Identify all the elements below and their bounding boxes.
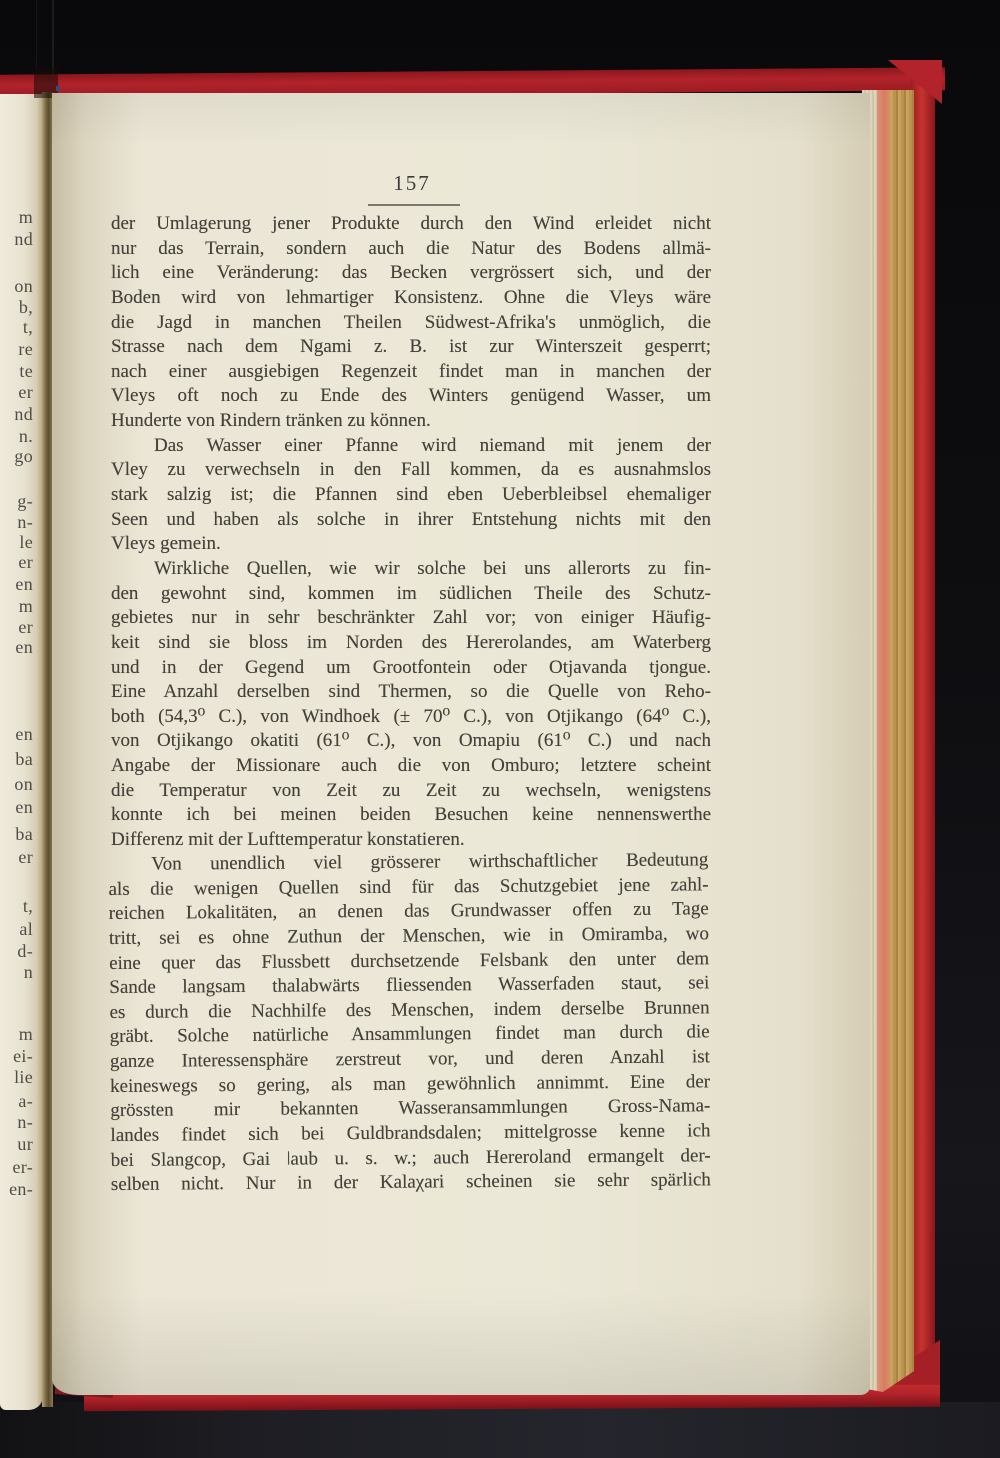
text-line: den gewohnt sind, kommen im südlichen Th… (111, 582, 711, 607)
facing-page-text-fragment: on (14, 774, 33, 794)
facing-page-text-fragment: n- (17, 512, 33, 532)
text-line: Von unendlich viel grösserer wirthschaft… (108, 848, 708, 877)
text-line: both (54,3⁰ C.), von Windhoek (± 70⁰ C.)… (111, 705, 711, 730)
facing-page-text-fragment: er (18, 552, 33, 572)
facing-page-text-fragment: t, (23, 896, 33, 916)
facing-page-text-fragment: er- (12, 1157, 33, 1177)
facing-page-text-fragment: er (18, 382, 33, 402)
facing-page-text-fragment: en (15, 637, 33, 657)
text-line: Vleys oft noch zu Ende des Winters genüg… (111, 384, 711, 409)
text-line: Vleys gemein. (111, 532, 711, 557)
facing-page-text-fragment: ba (15, 749, 33, 769)
text-line: Hunderte von Rindern tränken zu können. (111, 409, 711, 434)
facing-page-text-fragment: ur (17, 1134, 33, 1154)
book-photograph: mndonb,t,reteerndn.gog-n-leerenmerenenba… (0, 0, 1000, 1458)
facing-page-text-fragment: t, (23, 317, 33, 337)
facing-page-text-fragment: on (14, 276, 33, 296)
facing-page-text-fragment: go (14, 446, 33, 466)
text-line: der Umlagerung jener Produkte durch den … (111, 212, 711, 237)
facing-page-text-fragment: m (19, 1024, 33, 1044)
facing-page-text-fragment: le (19, 532, 33, 552)
text-line: selben nicht. Nur in der Kalaχari schein… (111, 1168, 711, 1197)
text-line: gebietes nur in sehr beschränkter Zahl v… (111, 606, 711, 631)
text-line: von Otjikango okatiti (61⁰ C.), von Omap… (111, 729, 711, 754)
text-block: der Umlagerung jener Produkte durch den … (111, 212, 711, 1198)
facing-page-text-fragment: en- (9, 1179, 33, 1199)
facing-page-text-fragment: d- (17, 941, 33, 961)
facing-page-text-fragment: er (18, 617, 33, 637)
text-line: tritt, sei es ohne Zuthun der Menschen, … (109, 922, 709, 951)
facing-page-text-fragment: nd (14, 229, 33, 249)
text-line: Seen und haben als solche in ihrer Entst… (111, 508, 711, 533)
facing-page-text-fragment: al (19, 919, 33, 939)
facing-page-text-fragment: en (15, 724, 33, 744)
paragraph: Von unendlich viel grösserer wirthschaft… (108, 848, 711, 1198)
text-line: nur das Terrain, sondern auch die Natur … (111, 237, 711, 262)
text-line: lich eine Veränderung: das Becken vergrö… (111, 261, 711, 286)
facing-page-text-fragment: m (19, 596, 33, 616)
facing-page-text-fragment: g- (17, 491, 33, 511)
text-line: stark salzig ist; die Pfannen sind eben … (111, 483, 711, 508)
facing-page-text-fragment: en (15, 797, 33, 817)
paragraph: der Umlagerung jener Produkte durch den … (111, 212, 711, 434)
facing-page-text-fragment: n (24, 962, 33, 982)
facing-page-text-fragment: n. (19, 426, 33, 446)
text-line: Vley zu verwechseln in den Fall kommen, … (111, 458, 711, 483)
facing-page-text-fragment: en (15, 574, 33, 594)
text-line: landes findet sich bei Guldbrandsdalen; … (110, 1119, 710, 1148)
text-line: Strasse nach dem Ngami z. B. ist zur Win… (111, 335, 711, 360)
facing-page-fragments: mndonb,t,reteerndn.gog-n-leerenmerenenba… (0, 0, 40, 1458)
text-line: und in der Gegend um Grootfontein oder O… (111, 656, 711, 681)
page-number: 157 (366, 171, 458, 196)
page-stack-tan-stripe (890, 90, 914, 1392)
text-line: Boden wird von lehmartiger Konsistenz. O… (111, 286, 711, 311)
spine-edge-highlight (52, 0, 54, 74)
page-stack-salmon-stripe (877, 90, 890, 1392)
text-line: Angabe der Missionare auch die von Ombur… (111, 754, 711, 779)
facing-page-text-fragment: re (18, 339, 33, 359)
facing-page-text-fragment: er (18, 847, 33, 867)
text-line: nach einer ausgiebigen Regenzeit findet … (111, 360, 711, 385)
text-line: die Jagd in manchen Theilen Südwest-Afri… (111, 311, 711, 336)
facing-page-text-fragment: nd (14, 404, 33, 424)
facing-page-text-fragment: n- (17, 1112, 33, 1132)
facing-page-text-fragment: lie (14, 1067, 33, 1087)
blue-speck (56, 86, 60, 91)
text-line: Das Wasser einer Pfanne wird niemand mit… (111, 434, 711, 459)
facing-page-text-fragment: ba (15, 824, 33, 844)
facing-page-text-fragment: a- (18, 1091, 33, 1111)
facing-page-text-fragment: m (19, 207, 33, 227)
facing-page-text-fragment: te (19, 361, 33, 381)
text-line: Wirkliche Quellen, wie wir solche bei un… (111, 557, 711, 582)
paragraph: Wirkliche Quellen, wie wir solche bei un… (111, 557, 711, 853)
book-cover-right-edge (911, 74, 935, 1396)
text-line: konnte ich bei meinen beiden Besuchen ke… (111, 803, 711, 828)
book-page: 157 der Umlagerung jener Produkte durch … (52, 93, 870, 1395)
text-line: die Temperatur von Zeit zu Zeit zu wechs… (111, 779, 711, 804)
page-number-rule (368, 204, 460, 206)
text-line: keit sind sie bloss im Norden des Herero… (111, 631, 711, 656)
facing-page-text-fragment: b, (19, 297, 33, 317)
paragraph: Das Wasser einer Pfanne wird niemand mit… (111, 434, 711, 557)
facing-page-text-fragment: ei- (13, 1046, 33, 1066)
text-line: Eine Anzahl derselben sind Thermen, so d… (111, 680, 711, 705)
